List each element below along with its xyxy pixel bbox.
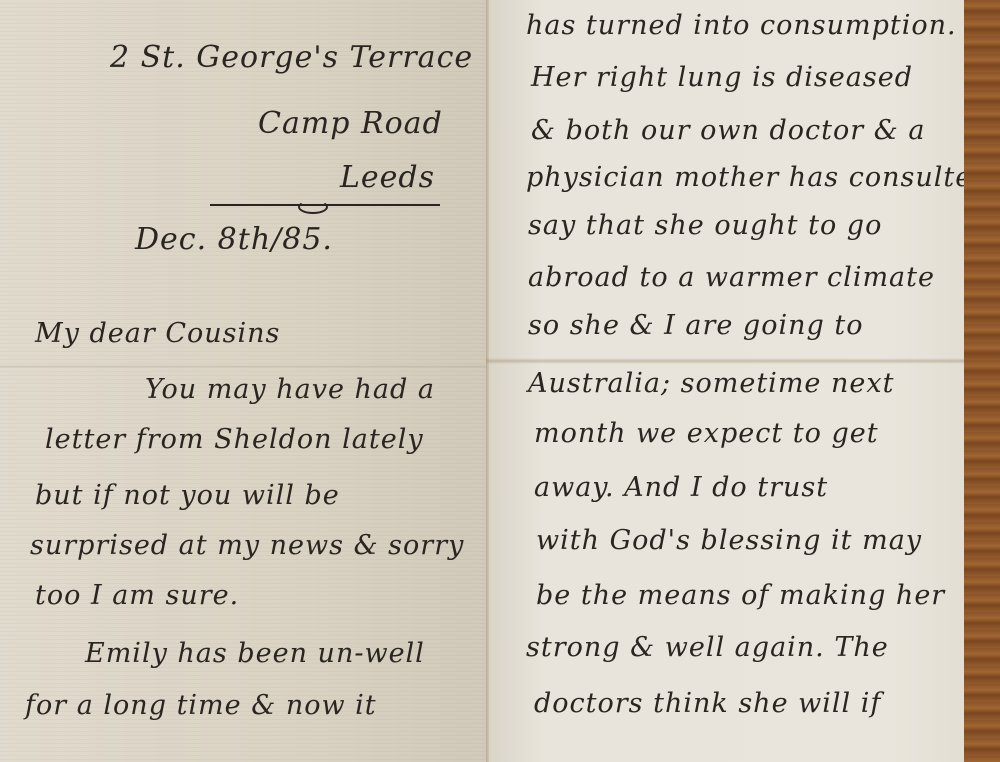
body-line: strong & well again. The: [526, 632, 889, 663]
address-line-2: Camp Road: [258, 106, 443, 141]
body-line: but if not you will be: [35, 480, 340, 511]
address-line-1: 2 St. George's Terrace: [110, 40, 473, 75]
paper-fold-crease-left: [0, 365, 486, 368]
letter-page-left: 2 St. George's Terrace Camp Road Leeds D…: [0, 0, 486, 762]
body-line: Emily has been un-well: [85, 638, 425, 669]
body-line: Her right lung is diseased: [531, 62, 913, 93]
body-line: be the means of making her: [536, 580, 945, 611]
body-line: month we expect to get: [534, 418, 879, 449]
address-line-3: Leeds: [340, 160, 435, 195]
body-line: physician mother has consulted: [526, 162, 991, 193]
letter-date: Dec. 8th/85.: [135, 222, 333, 257]
body-line: doctors think she will if: [534, 688, 881, 719]
wooden-table-edge: [960, 0, 1000, 762]
body-line: abroad to a warmer climate: [528, 262, 935, 293]
body-line: Australia; sometime next: [528, 368, 894, 399]
letter-page-right: has turned into consumption. Her right l…: [486, 0, 964, 762]
salutation: My dear Cousins: [35, 318, 280, 349]
paper-fold-crease-right: [486, 358, 964, 364]
paper-fold-crease-vertical: [486, 0, 489, 762]
body-line: say that she ought to go: [528, 210, 882, 241]
body-line: & both our own doctor & a: [531, 115, 925, 146]
body-line: letter from Sheldon lately: [45, 424, 424, 455]
body-line: for a long time & now it: [25, 690, 377, 721]
body-line: away. And I do trust: [534, 472, 828, 503]
body-line: surprised at my news & sorry: [30, 530, 464, 561]
body-line: with God's blessing it may: [536, 525, 922, 556]
body-line: too I am sure.: [35, 580, 239, 611]
body-line: You may have had a: [145, 374, 435, 405]
body-line: has turned into consumption.: [526, 10, 957, 41]
rule-flourish: [298, 200, 328, 214]
body-line: so she & I are going to: [528, 310, 863, 341]
